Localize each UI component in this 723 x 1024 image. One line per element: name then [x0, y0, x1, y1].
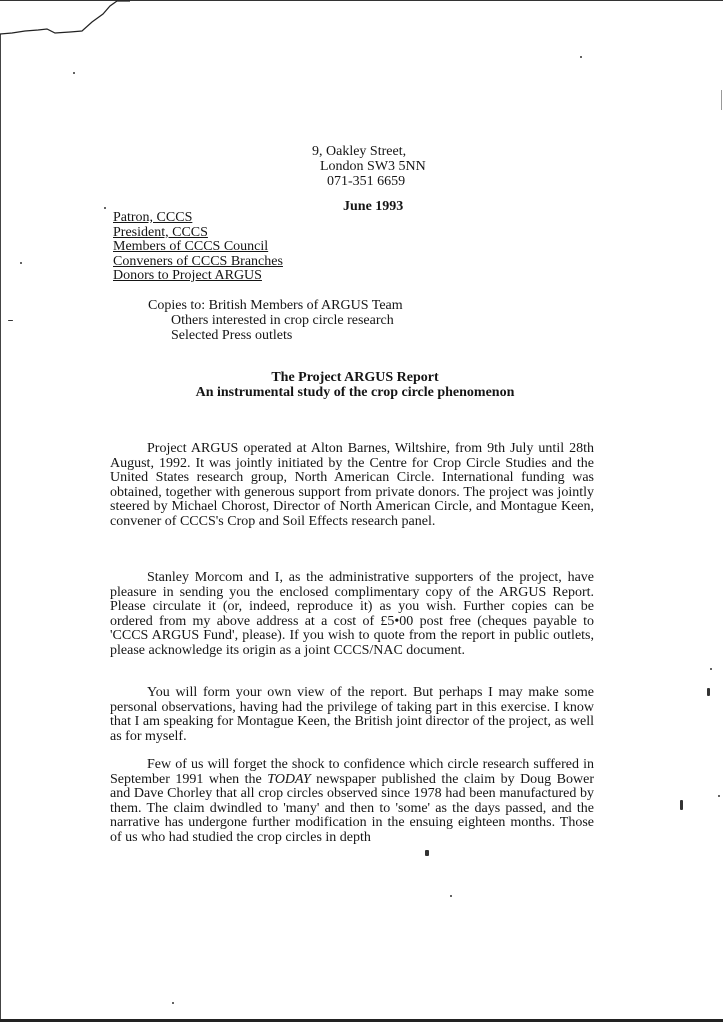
scan-speck	[104, 207, 106, 209]
recipient: Patron, CCCS	[113, 211, 283, 226]
scan-speck	[718, 795, 720, 797]
scanned-letter-page: 9, Oakley Street, London SW3 5NN 071-351…	[0, 0, 723, 1024]
scan-speck	[450, 895, 452, 897]
address-phone: 071-351 6659	[312, 174, 426, 189]
scan-speck	[707, 688, 710, 696]
recipient: Members of CCCS Council	[113, 240, 283, 255]
scan-speck	[425, 850, 429, 856]
body-paragraph: Project ARGUS operated at Alton Barnes, …	[110, 442, 594, 529]
recipient-list: Patron, CCCS President, CCCS Members of …	[113, 211, 283, 284]
copies-to-block: Copies to: British Members of ARGUS Team…	[148, 298, 403, 343]
scan-speck	[20, 262, 22, 264]
scan-edge-left	[0, 34, 1, 1019]
scan-speck	[680, 800, 683, 810]
recipient: Donors to Project ARGUS	[113, 269, 283, 284]
scan-edge-bottom	[0, 1019, 723, 1022]
newspaper-name: TODAY	[267, 772, 310, 787]
body-paragraph: You will form your own view of the repor…	[110, 686, 594, 744]
letter-date: June 1993	[343, 199, 403, 215]
copies-to-item: Selected Press outlets	[148, 328, 403, 343]
body-paragraph: Few of us will forget the shock to confi…	[110, 758, 594, 845]
folded-corner-mark	[0, 0, 130, 40]
sender-address: 9, Oakley Street, London SW3 5NN 071-351…	[312, 144, 426, 189]
scan-speck	[8, 320, 13, 321]
report-title: The Project ARGUS Report	[110, 370, 600, 385]
body-paragraph: Stanley Morcom and I, as the administrat…	[110, 571, 594, 658]
recipient: President, CCCS	[113, 226, 283, 241]
report-subtitle: An instrumental study of the crop circle…	[110, 385, 600, 400]
address-street: 9, Oakley Street,	[312, 144, 426, 159]
address-city: London SW3 5NN	[312, 159, 426, 174]
scan-edge-right	[721, 90, 722, 110]
scan-speck	[710, 668, 712, 670]
scan-speck	[172, 1002, 174, 1004]
recipient: Conveners of CCCS Branches	[113, 255, 283, 270]
copies-to-line: Copies to: British Members of ARGUS Team	[148, 298, 403, 313]
scan-speck	[73, 72, 75, 74]
copies-to-item: Others interested in crop circle researc…	[148, 313, 403, 328]
scan-speck	[580, 56, 582, 58]
report-heading: The Project ARGUS Report An instrumental…	[110, 370, 600, 400]
